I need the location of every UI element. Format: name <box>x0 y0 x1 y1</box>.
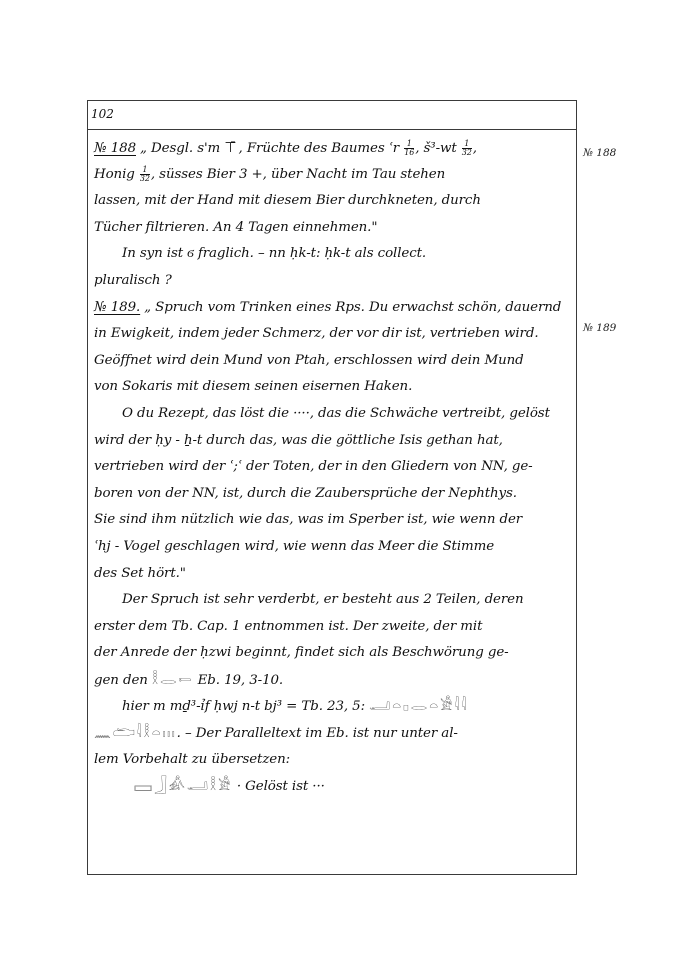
text-line: pluralisch ? <box>94 268 572 295</box>
entry-number: № 188 <box>94 141 136 156</box>
text-fragment: , süsses Bier 3 +, über Nacht im Tau ste… <box>151 167 445 182</box>
page-number: 102 <box>91 107 114 121</box>
text-line: lem Vorbehalt zu übersetzen: <box>94 747 572 774</box>
entry-188: № 188„ Desgl. s'm ⊤̄, Früchte des Baumes… <box>94 135 572 295</box>
manuscript-page-frame: 102 № 188„ Desgl. s'm ⊤̄, Früchte des Ba… <box>87 100 577 875</box>
text-fragment: hier m mḏ³-ỉf ḥwj n-t bj³ = Tb. 23, 5: <box>122 699 369 714</box>
text-line: ʿhj - Vogel geschlagen wird, wie wenn da… <box>94 534 572 561</box>
fraction: 116 <box>404 140 414 157</box>
text-line: 𓈖𓂧𓇋𓎛𓏏𓏥. – Der Paralleltext im Eb. ist nu… <box>94 720 572 747</box>
fraction: 132 <box>462 140 472 157</box>
text-fragment: gen den <box>94 673 152 688</box>
text-line: erster dem Tb. Cap. 1 entnommen ist. Der… <box>94 614 572 641</box>
text-line: Geöffnet wird dein Mund von Ptah, erschl… <box>94 348 572 375</box>
text-line: O du Rezept, das löst die ····, das die … <box>94 401 572 428</box>
text-fragment: Eb. 19, 3-10. <box>193 673 283 688</box>
hieroglyph-group: 𓈙𓃀𓀉𓂝𓎛𓀀 <box>134 778 233 794</box>
text-fragment: · Gelöst ist ··· <box>233 779 325 794</box>
hieroglyph-group: 𓂝𓏏𓊪𓂋𓏏𓀀𓇋𓇋 <box>369 698 468 714</box>
hieratic-sign: ⊤̄ <box>224 140 238 156</box>
entry-number: № 189. <box>94 300 140 315</box>
text-fragment: , š³-wt <box>415 141 461 156</box>
text-line: In syn ist ϭ fraglich. – nn ḥk-t: ḥk-t a… <box>94 241 572 268</box>
text-fragment: „ Desgl. s'm <box>140 141 224 156</box>
hieroglyph-group: 𓎛𓂋𓍿 <box>152 672 194 688</box>
text-line: hier m mḏ³-ỉf ḥwj n-t bj³ = Tb. 23, 5: 𓂝… <box>94 693 572 720</box>
text-line: Der Spruch ist sehr verderbt, er besteht… <box>94 587 572 614</box>
entry-189: № 189.„ Spruch vom Trinken eines Rps. Du… <box>94 295 572 588</box>
text-line: 𓈙𓃀𓀉𓂝𓎛𓀀 · Gelöst ist ··· <box>94 773 572 800</box>
page-header: 102 <box>88 101 576 130</box>
text-line: Honig 132, süsses Bier 3 +, über Nacht i… <box>94 162 572 189</box>
text-line: des Set hört." <box>94 561 572 588</box>
text-line: vertrieben wird der ʿ;ʿ der Toten, der i… <box>94 454 572 481</box>
text-fragment: Honig <box>94 167 139 182</box>
text-fragment: , <box>473 141 477 156</box>
manuscript-body: № 188„ Desgl. s'm ⊤̄, Früchte des Baumes… <box>94 135 572 800</box>
text-fragment: . – Der Paralleltext im Eb. ist nur unte… <box>177 726 458 741</box>
text-fragment: „ Spruch vom Trinken eines Rps. Du erwac… <box>144 300 561 315</box>
fraction: 132 <box>140 166 150 183</box>
text-line: Sie sind ihm nützlich wie das, was im Sp… <box>94 507 572 534</box>
text-line: № 189.„ Spruch vom Trinken eines Rps. Du… <box>94 295 572 322</box>
text-line: lassen, mit der Hand mit diesem Bier dur… <box>94 188 572 215</box>
margin-note-188: № 188 <box>583 147 616 159</box>
text-line: der Anrede der ḥzwi beginnt, findet sich… <box>94 640 572 667</box>
hieroglyph-group: 𓈖𓂧𓇋𓎛𓏏𓏥 <box>94 725 177 741</box>
commentary: Der Spruch ist sehr verderbt, er besteht… <box>94 587 572 800</box>
text-line: gen den 𓎛𓂋𓍿 Eb. 19, 3-10. <box>94 667 572 694</box>
margin-note-189: № 189 <box>583 322 616 334</box>
text-line: boren von der NN, ist, durch die Zaubers… <box>94 481 572 508</box>
text-line: Tücher filtrieren. An 4 Tagen einnehmen.… <box>94 215 572 242</box>
text-line: wird der ḥy - ẖ-t durch das, was die göt… <box>94 428 572 455</box>
text-line: in Ewigkeit, indem jeder Schmerz, der vo… <box>94 321 572 348</box>
text-fragment: , Früchte des Baumes ʿr <box>239 141 404 156</box>
text-line: von Sokaris mit diesem seinen eisernen H… <box>94 374 572 401</box>
text-line: № 188„ Desgl. s'm ⊤̄, Früchte des Baumes… <box>94 135 572 162</box>
